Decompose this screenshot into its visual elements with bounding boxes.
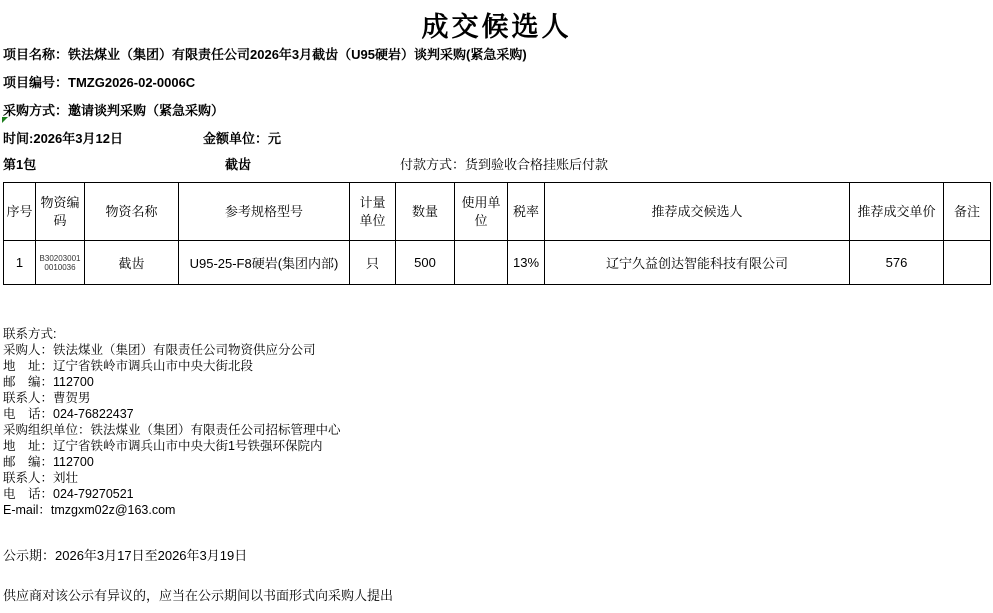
col-header-candidate: 推荐成交候选人 [545, 183, 850, 241]
contact-line: 联系人：刘壮 [3, 470, 341, 486]
col-header-tax-rate: 税率 [508, 183, 545, 241]
contact-line: 地 址：辽宁省铁岭市调兵山市中央大街北段 [3, 358, 341, 374]
page-title: 成交候选人 [0, 5, 993, 44]
procurement-method-value: 邀请谈判采购（紧急采购） [68, 103, 224, 118]
package-name: 截齿 [225, 154, 251, 173]
contact-line: 邮 编：112700 [3, 454, 341, 470]
col-header-spec-model: 参考规格型号 [179, 183, 350, 241]
contact-line: 邮 编：112700 [3, 374, 341, 390]
cell-candidate: 辽宁久益创达智能科技有限公司 [545, 241, 850, 285]
cell-seq: 1 [4, 241, 36, 285]
cell-material-name: 截齿 [85, 241, 179, 285]
contact-line: 联系方式: [3, 326, 341, 342]
contact-line: 采购组织单位：铁法煤业（集团）有限责任公司招标管理中心 [3, 422, 341, 438]
cell-material-code: B302030010010036 [36, 241, 85, 285]
publicity-period: 公示期：2026年3月17日至2026年3月19日 [3, 545, 247, 564]
col-header-unit: 计量 单位 [350, 183, 396, 241]
amount-unit-value: 元 [268, 131, 281, 146]
col-header-using-unit: 使用单 位 [455, 183, 508, 241]
col-header-remark: 备注 [944, 183, 991, 241]
table-row: 1 B302030010010036 截齿 U95-25-F8硬岩(集团内部) … [4, 241, 991, 285]
project-name-label: 项目名称： [3, 47, 68, 62]
announcement-page: 成交候选人 项目名称：铁法煤业（集团）有限责任公司2026年3月截齿（U95硬岩… [0, 0, 993, 613]
excel-cell-corner-marker-icon [2, 117, 8, 123]
package-header-row: 第1包 截齿 付款方式：货到验收合格挂账后付款 [0, 154, 993, 172]
cell-using-unit [455, 241, 508, 285]
col-header-quantity: 数量 [396, 183, 455, 241]
project-code-line: 项目编号：TMZG2026-02-0006C [3, 72, 195, 91]
contact-line: E-mail：tmzgxm02z@163.com [3, 502, 341, 518]
cell-quantity: 500 [396, 241, 455, 285]
project-name-line: 项目名称：铁法煤业（集团）有限责任公司2026年3月截齿（U95硬岩）谈判采购(… [3, 44, 527, 63]
cell-unit-price: 576 [850, 241, 944, 285]
procurement-method-label: 采购方式： [3, 103, 68, 118]
col-header-material-name: 物资名称 [85, 183, 179, 241]
procurement-method-line: 采购方式：邀请谈判采购（紧急采购） [3, 100, 224, 119]
contact-line: 采购人：铁法煤业（集团）有限责任公司物资供应分公司 [3, 342, 341, 358]
date-line: 时间:2026年3月12日 金额单位：元 [3, 128, 123, 147]
cell-unit: 只 [350, 241, 396, 285]
amount-unit-label: 金额单位： [203, 131, 268, 146]
col-header-material-code: 物资编 码 [36, 183, 85, 241]
amount-unit: 金额单位：元 [203, 128, 281, 147]
contact-line: 电 话：024-79270521 [3, 486, 341, 502]
contact-line: 地 址：辽宁省铁岭市调兵山市中央大街1号铁强环保院内 [3, 438, 341, 454]
project-name-value: 铁法煤业（集团）有限责任公司2026年3月截齿（U95硬岩）谈判采购(紧急采购) [68, 47, 527, 62]
contact-line: 电 话：024-76822437 [3, 406, 341, 422]
cell-spec-model: U95-25-F8硬岩(集团内部) [179, 241, 350, 285]
project-code-value: TMZG2026-02-0006C [68, 75, 195, 90]
col-header-seq: 序号 [4, 183, 36, 241]
candidates-table: 序号 物资编 码 物资名称 参考规格型号 计量 单位 数量 使用单 位 税率 推… [3, 182, 991, 285]
date-label: 时间: [3, 131, 33, 146]
cell-remark [944, 241, 991, 285]
contact-line: 联系人：曹贺男 [3, 390, 341, 406]
payment-terms: 付款方式：货到验收合格挂账后付款 [400, 154, 608, 173]
table-header-row: 序号 物资编 码 物资名称 参考规格型号 计量 单位 数量 使用单 位 税率 推… [4, 183, 991, 241]
cell-tax-rate: 13% [508, 241, 545, 285]
package-number: 第1包 [3, 154, 36, 173]
contact-block: 联系方式: 采购人：铁法煤业（集团）有限责任公司物资供应分公司 地 址：辽宁省铁… [3, 326, 341, 518]
project-code-label: 项目编号： [3, 75, 68, 90]
col-header-unit-price: 推荐成交单价 [850, 183, 944, 241]
date-value: 2026年3月12日 [33, 131, 123, 146]
objection-note: 供应商对该公示有异议的，应当在公示期间以书面形式向采购人提出 [3, 585, 393, 604]
